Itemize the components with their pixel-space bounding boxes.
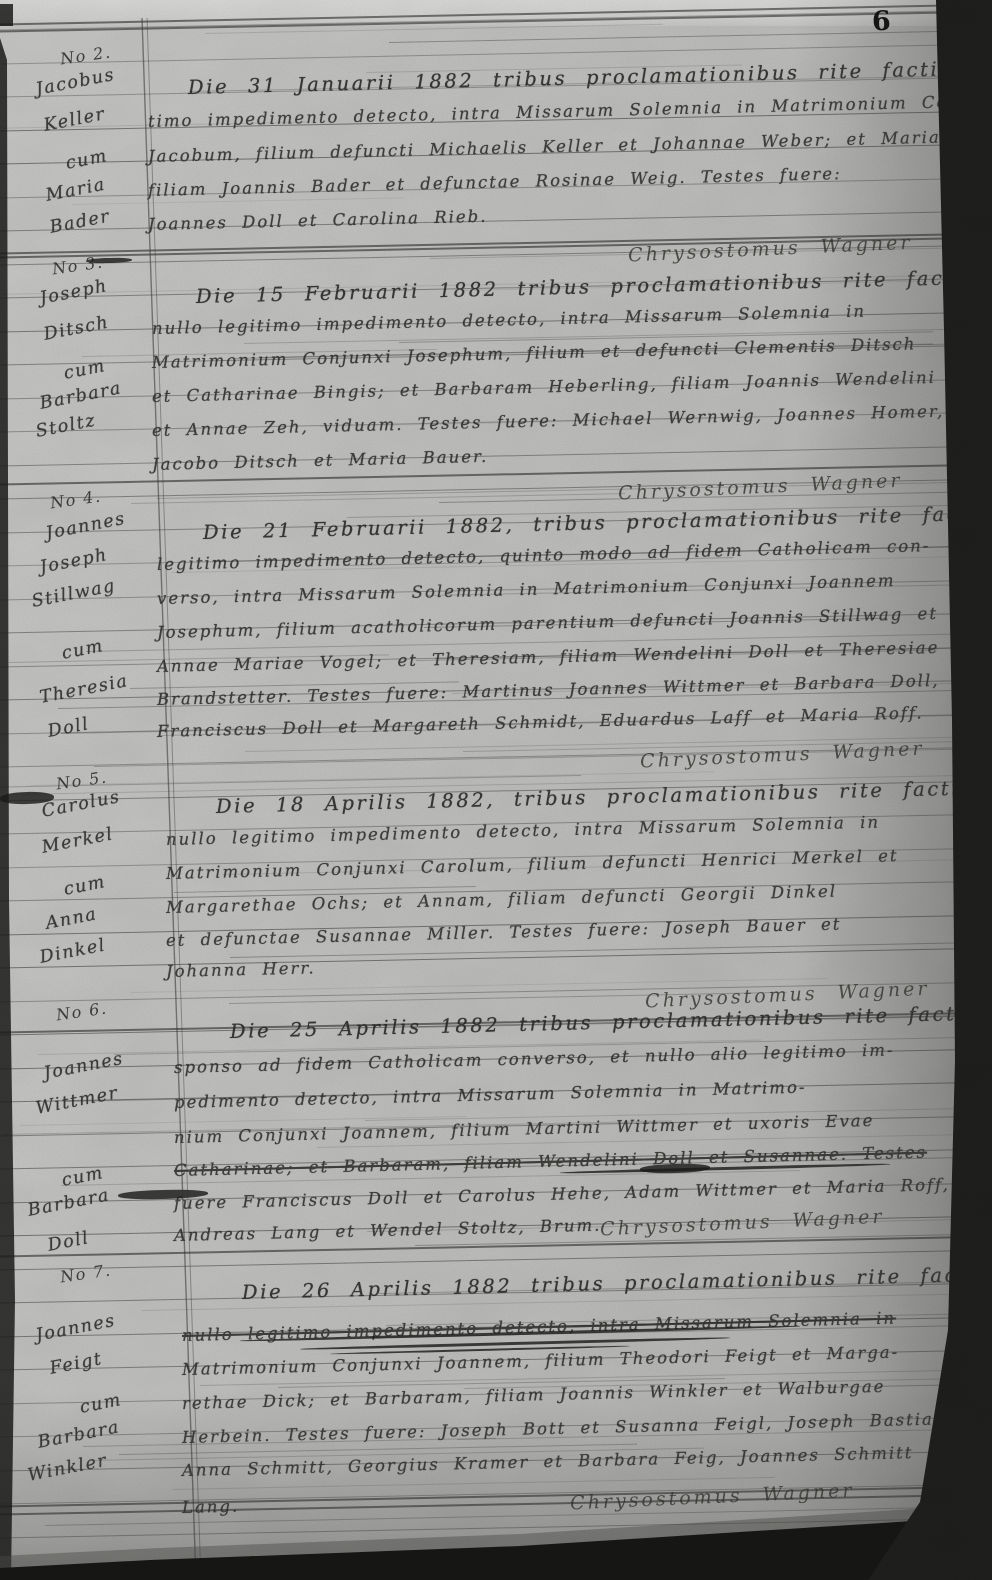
ink-blot [0, 791, 54, 804]
scanned-register-page: No 2.JacobusKellercumMariaBaderDie 31 Ja… [0, 0, 992, 1580]
ink-blot [240, 1325, 800, 1343]
page-number: 6 [871, 6, 891, 38]
ink-blot [86, 257, 132, 263]
ink-blot [952, 1236, 966, 1246]
ink-blot [560, 1163, 890, 1175]
ink-blot [118, 1189, 208, 1200]
ink-blots-layer [0, 0, 992, 1580]
